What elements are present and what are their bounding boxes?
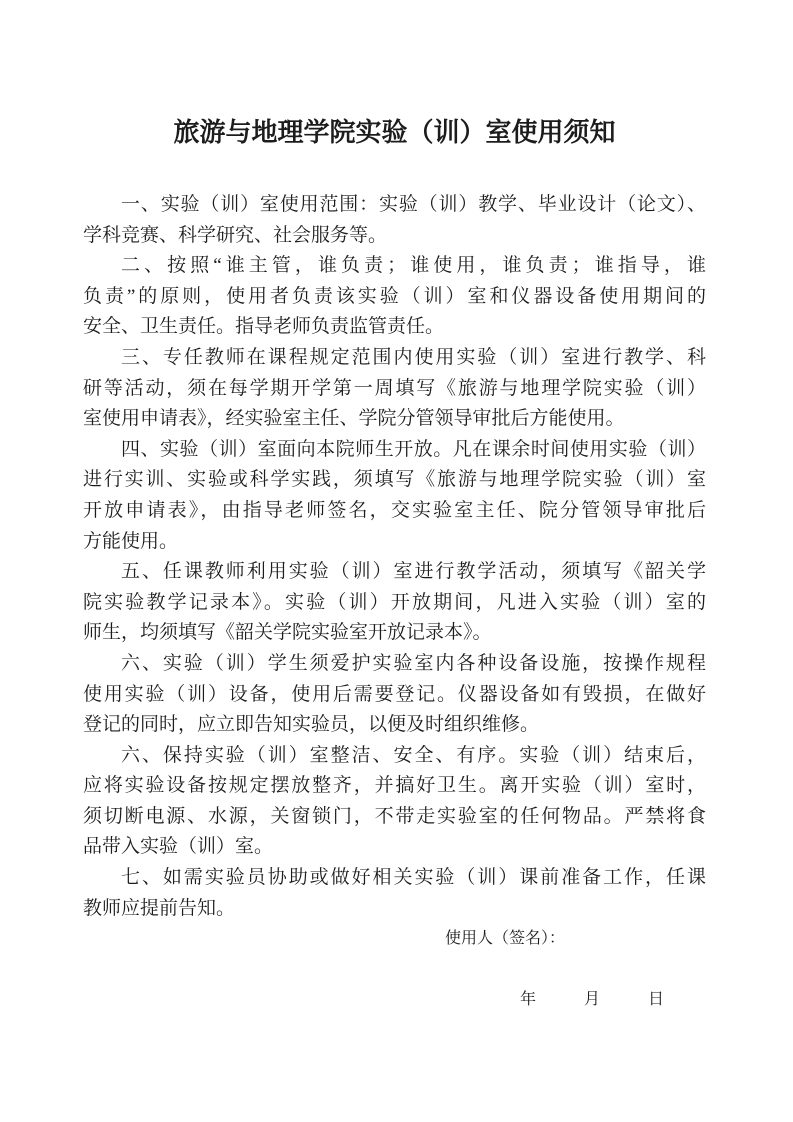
paragraph: 一、实验（训）室使用范围：实验（训）教学、毕业设计（论文）、学科竞赛、科学研究、… bbox=[83, 190, 706, 251]
paragraph-line: 师生，均须填写《韶关学院实验室开放记录本》。 bbox=[83, 618, 706, 649]
paragraph-line: 七、如需实验员协助或做好相关实验（训）课前准备工作，任课 bbox=[83, 863, 706, 894]
paragraph-line: 六、实验（训）学生须爱护实验室内各种设备设施，按操作规程 bbox=[83, 649, 706, 680]
paragraph-line: 学科竞赛、科学研究、社会服务等。 bbox=[83, 221, 706, 252]
paragraph-line: 登记的同时，应立即告知实验员，以便及时组织维修。 bbox=[83, 710, 706, 741]
document-body: 一、实验（训）室使用范围：实验（训）教学、毕业设计（论文）、学科竞赛、科学研究、… bbox=[83, 190, 706, 924]
paragraph-line: 须切断电源、水源，关窗锁门，不带走实验室的任何物品。严禁将食 bbox=[83, 802, 706, 833]
date-year-label: 年 bbox=[520, 991, 536, 1008]
paragraph-line: 进行实训、实验或科学实践，须填写《旅游与地理学院实验（训）室 bbox=[83, 465, 706, 496]
paragraph: 二、按照“谁主管，谁负责；谁使用，谁负责；谁指导，谁负责”的原则，使用者负责该实… bbox=[83, 251, 706, 343]
paragraph-line: 二、按照“谁主管，谁负责；谁使用，谁负责；谁指导，谁 bbox=[83, 251, 706, 282]
paragraph: 五、任课教师利用实验（训）室进行教学活动，须填写《韶关学院实验教学记录本》。实验… bbox=[83, 557, 706, 649]
paragraph: 六、保持实验（训）室整洁、安全、有序。实验（训）结束后，应将实验设备按规定摆放整… bbox=[83, 741, 706, 863]
paragraph-line: 应将实验设备按规定摆放整齐，并搞好卫生。离开实验（训）室时， bbox=[83, 771, 706, 802]
paragraph: 三、专任教师在课程规定范围内使用实验（训）室进行教学、科研等活动，须在每学期开学… bbox=[83, 343, 706, 435]
date-month-label: 月 bbox=[584, 991, 600, 1008]
paragraph-line: 安全、卫生责任。指导老师负责监管责任。 bbox=[83, 312, 706, 343]
paragraph-line: 研等活动，须在每学期开学第一周填写《旅游与地理学院实验（训） bbox=[83, 374, 706, 405]
paragraph-line: 教师应提前告知。 bbox=[83, 894, 706, 925]
document-page: 旅游与地理学院实验（训）室使用须知 一、实验（训）室使用范围：实验（训）教学、毕… bbox=[0, 0, 793, 1122]
signature-line: 使用人（签名）： bbox=[83, 924, 706, 955]
document-title: 旅游与地理学院实验（训）室使用须知 bbox=[83, 113, 706, 153]
paragraph-line: 室使用申请表》，经实验室主任、学院分管领导审批后方能使用。 bbox=[83, 404, 706, 435]
paragraph-line: 三、专任教师在课程规定范围内使用实验（训）室进行教学、科 bbox=[83, 343, 706, 374]
paragraph-line: 六、保持实验（训）室整洁、安全、有序。实验（训）结束后， bbox=[83, 741, 706, 772]
paragraph-line: 开放申请表》，由指导老师签名，交实验室主任、院分管领导审批后 bbox=[83, 496, 706, 527]
paragraph: 七、如需实验员协助或做好相关实验（训）课前准备工作，任课教师应提前告知。 bbox=[83, 863, 706, 924]
paragraph-line: 方能使用。 bbox=[83, 527, 706, 558]
document-content: 旅游与地理学院实验（训）室使用须知 一、实验（训）室使用范围：实验（训）教学、毕… bbox=[83, 0, 706, 1016]
paragraph-line: 负责”的原则，使用者负责该实验（训）室和仪器设备使用期间的 bbox=[83, 282, 706, 313]
paragraph-line: 品带入实验（训）室。 bbox=[83, 832, 706, 863]
paragraph: 四、实验（训）室面向本院师生开放。凡在课余时间使用实验（训）进行实训、实验或科学… bbox=[83, 435, 706, 557]
paragraph-line: 院实验教学记录本》。实验（训）开放期间，凡进入实验（训）室的 bbox=[83, 588, 706, 619]
paragraph-line: 四、实验（训）室面向本院师生开放。凡在课余时间使用实验（训） bbox=[83, 435, 706, 466]
spacer-line bbox=[83, 955, 706, 986]
paragraph-line: 五、任课教师利用实验（训）室进行教学活动，须填写《韶关学 bbox=[83, 557, 706, 588]
paragraph: 六、实验（训）学生须爱护实验室内各种设备设施，按操作规程使用实验（训）设备，使用… bbox=[83, 649, 706, 741]
paragraph-line: 使用实验（训）设备，使用后需要登记。仪器设备如有毁损，在做好 bbox=[83, 680, 706, 711]
date-day-label: 日 bbox=[648, 991, 664, 1008]
paragraph-line: 一、实验（训）室使用范围：实验（训）教学、毕业设计（论文）、 bbox=[83, 190, 706, 221]
date-line: 年 月 日 bbox=[83, 985, 706, 1016]
